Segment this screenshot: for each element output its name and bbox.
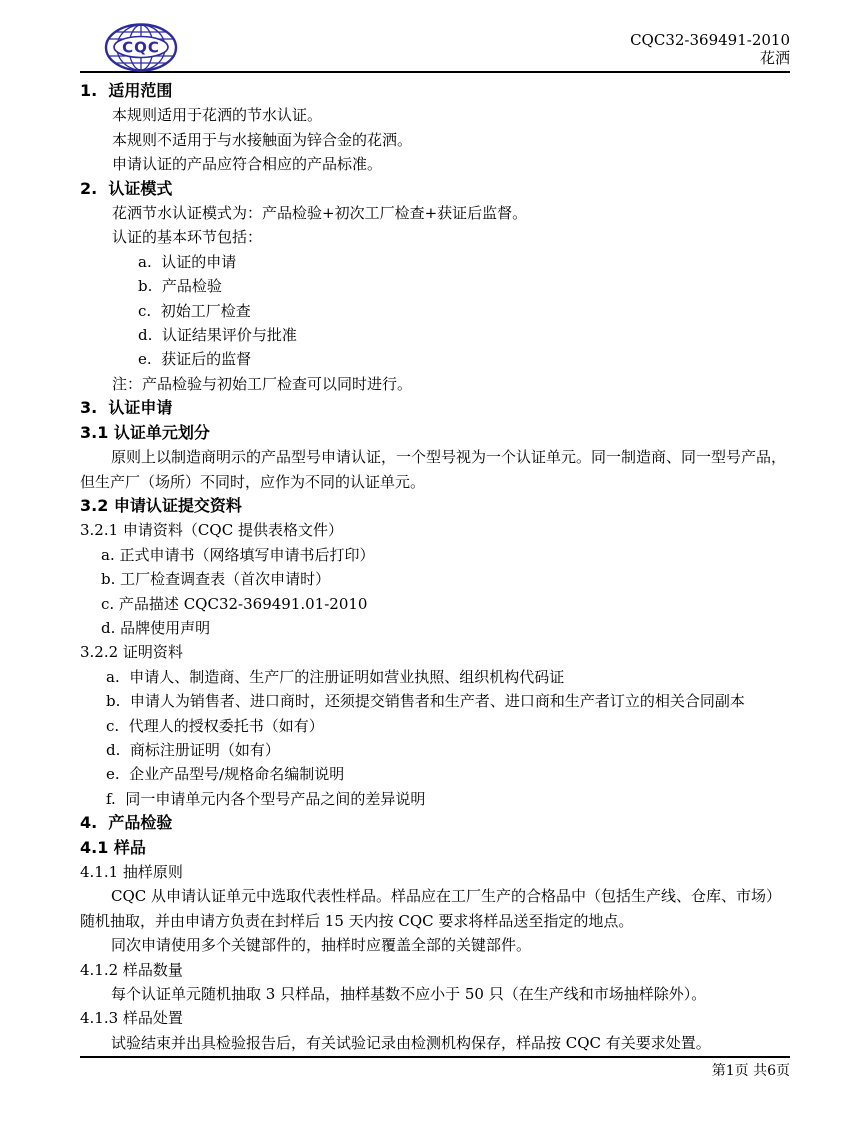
doc-subject: 花洒 xyxy=(630,49,790,67)
text-line: 本规则适用于花洒的节水认证。 xyxy=(80,103,790,127)
text-line: 2. 认证模式 xyxy=(80,177,790,201)
text-line: c. 代理人的授权委托书（如有） xyxy=(80,714,790,738)
text-line: e. 企业产品型号/规格命名编制说明 xyxy=(80,762,790,786)
text-line: 认证的基本环节包括： xyxy=(80,225,790,249)
page-footer: 第1页 共6页 xyxy=(80,1056,790,1082)
text-line: 4.1.3 样品处置 xyxy=(80,1006,790,1030)
page-header: CQC CQC32-369491-2010 花洒 xyxy=(80,0,790,73)
text-line: 原则上以制造商明示的产品型号申请认证，一个型号视为一个认证单元。同一制造商、同一… xyxy=(80,445,790,494)
text-line: 试验结束并出具检验报告后，有关试验记录由检测机构保存，样品按 CQC 有关要求处… xyxy=(80,1031,790,1055)
text-line: 3.2 申请认证提交资料 xyxy=(80,494,790,518)
text-line: 3.1 认证单元划分 xyxy=(80,421,790,445)
text-line: a. 认证的申请 xyxy=(80,250,790,274)
text-line: b. 工厂检查调查表（首次申请时） xyxy=(80,567,790,591)
text-line: f. 同一申请单元内各个型号产品之间的差异说明 xyxy=(80,787,790,811)
doc-number: CQC32-369491-2010 xyxy=(630,31,790,49)
text-line: 花洒节水认证模式为：产品检验+初次工厂检查+获证后监督。 xyxy=(80,201,790,225)
text-line: 4.1.1 抽样原则 xyxy=(80,860,790,884)
text-line: c. 产品描述 CQC32-369491.01-2010 xyxy=(80,592,790,616)
text-line: 申请认证的产品应符合相应的产品标准。 xyxy=(80,152,790,176)
document-body: 1. 适用范围本规则适用于花洒的节水认证。本规则不适用于与水接触面为锌合金的花洒… xyxy=(80,79,790,1055)
text-line: 4. 产品检验 xyxy=(80,811,790,835)
text-line: 本规则不适用于与水接触面为锌合金的花洒。 xyxy=(80,128,790,152)
text-line: 4.1.2 样品数量 xyxy=(80,958,790,982)
cqc-logo-text: CQC xyxy=(122,39,160,57)
text-line: CQC 从申请认证单元中选取代表性样品。样品应在工厂生产的合格品中（包括生产线、… xyxy=(80,884,790,933)
text-line: 每个认证单元随机抽取 3 只样品，抽样基数不应小于 50 只（在生产线和市场抽样… xyxy=(80,982,790,1006)
page-number: 第1页 共6页 xyxy=(712,1063,790,1079)
text-line: 同次申请使用多个关键部件的，抽样时应覆盖全部的关键部件。 xyxy=(80,933,790,957)
text-line: 1. 适用范围 xyxy=(80,79,790,103)
text-line: 3. 认证申请 xyxy=(80,396,790,420)
text-line: e. 获证后的监督 xyxy=(80,347,790,371)
text-line: 4.1 样品 xyxy=(80,836,790,860)
document-page: CQC CQC32-369491-2010 花洒 1. 适用范围本规则适用于花洒… xyxy=(0,0,866,1122)
cqc-logo-icon: CQC xyxy=(104,23,178,72)
text-line: d. 品牌使用声明 xyxy=(80,616,790,640)
text-line: b. 产品检验 xyxy=(80,274,790,298)
text-line: 3.2.1 申请资料（CQC 提供表格文件） xyxy=(80,518,790,542)
text-line: a. 正式申请书（网络填写申请书后打印） xyxy=(80,543,790,567)
text-line: a. 申请人、制造商、生产厂的注册证明如营业执照、组织机构代码证 xyxy=(80,665,790,689)
text-line: b. 申请人为销售者、进口商时，还须提交销售者和生产者、进口商和生产者订立的相关… xyxy=(80,689,790,713)
header-meta: CQC32-369491-2010 花洒 xyxy=(630,31,790,67)
text-line: d. 商标注册证明（如有） xyxy=(80,738,790,762)
text-line: d. 认证结果评价与批准 xyxy=(80,323,790,347)
text-line: 3.2.2 证明资料 xyxy=(80,640,790,664)
text-line: c. 初始工厂检查 xyxy=(80,299,790,323)
text-line: 注：产品检验与初始工厂检查可以同时进行。 xyxy=(80,372,790,396)
